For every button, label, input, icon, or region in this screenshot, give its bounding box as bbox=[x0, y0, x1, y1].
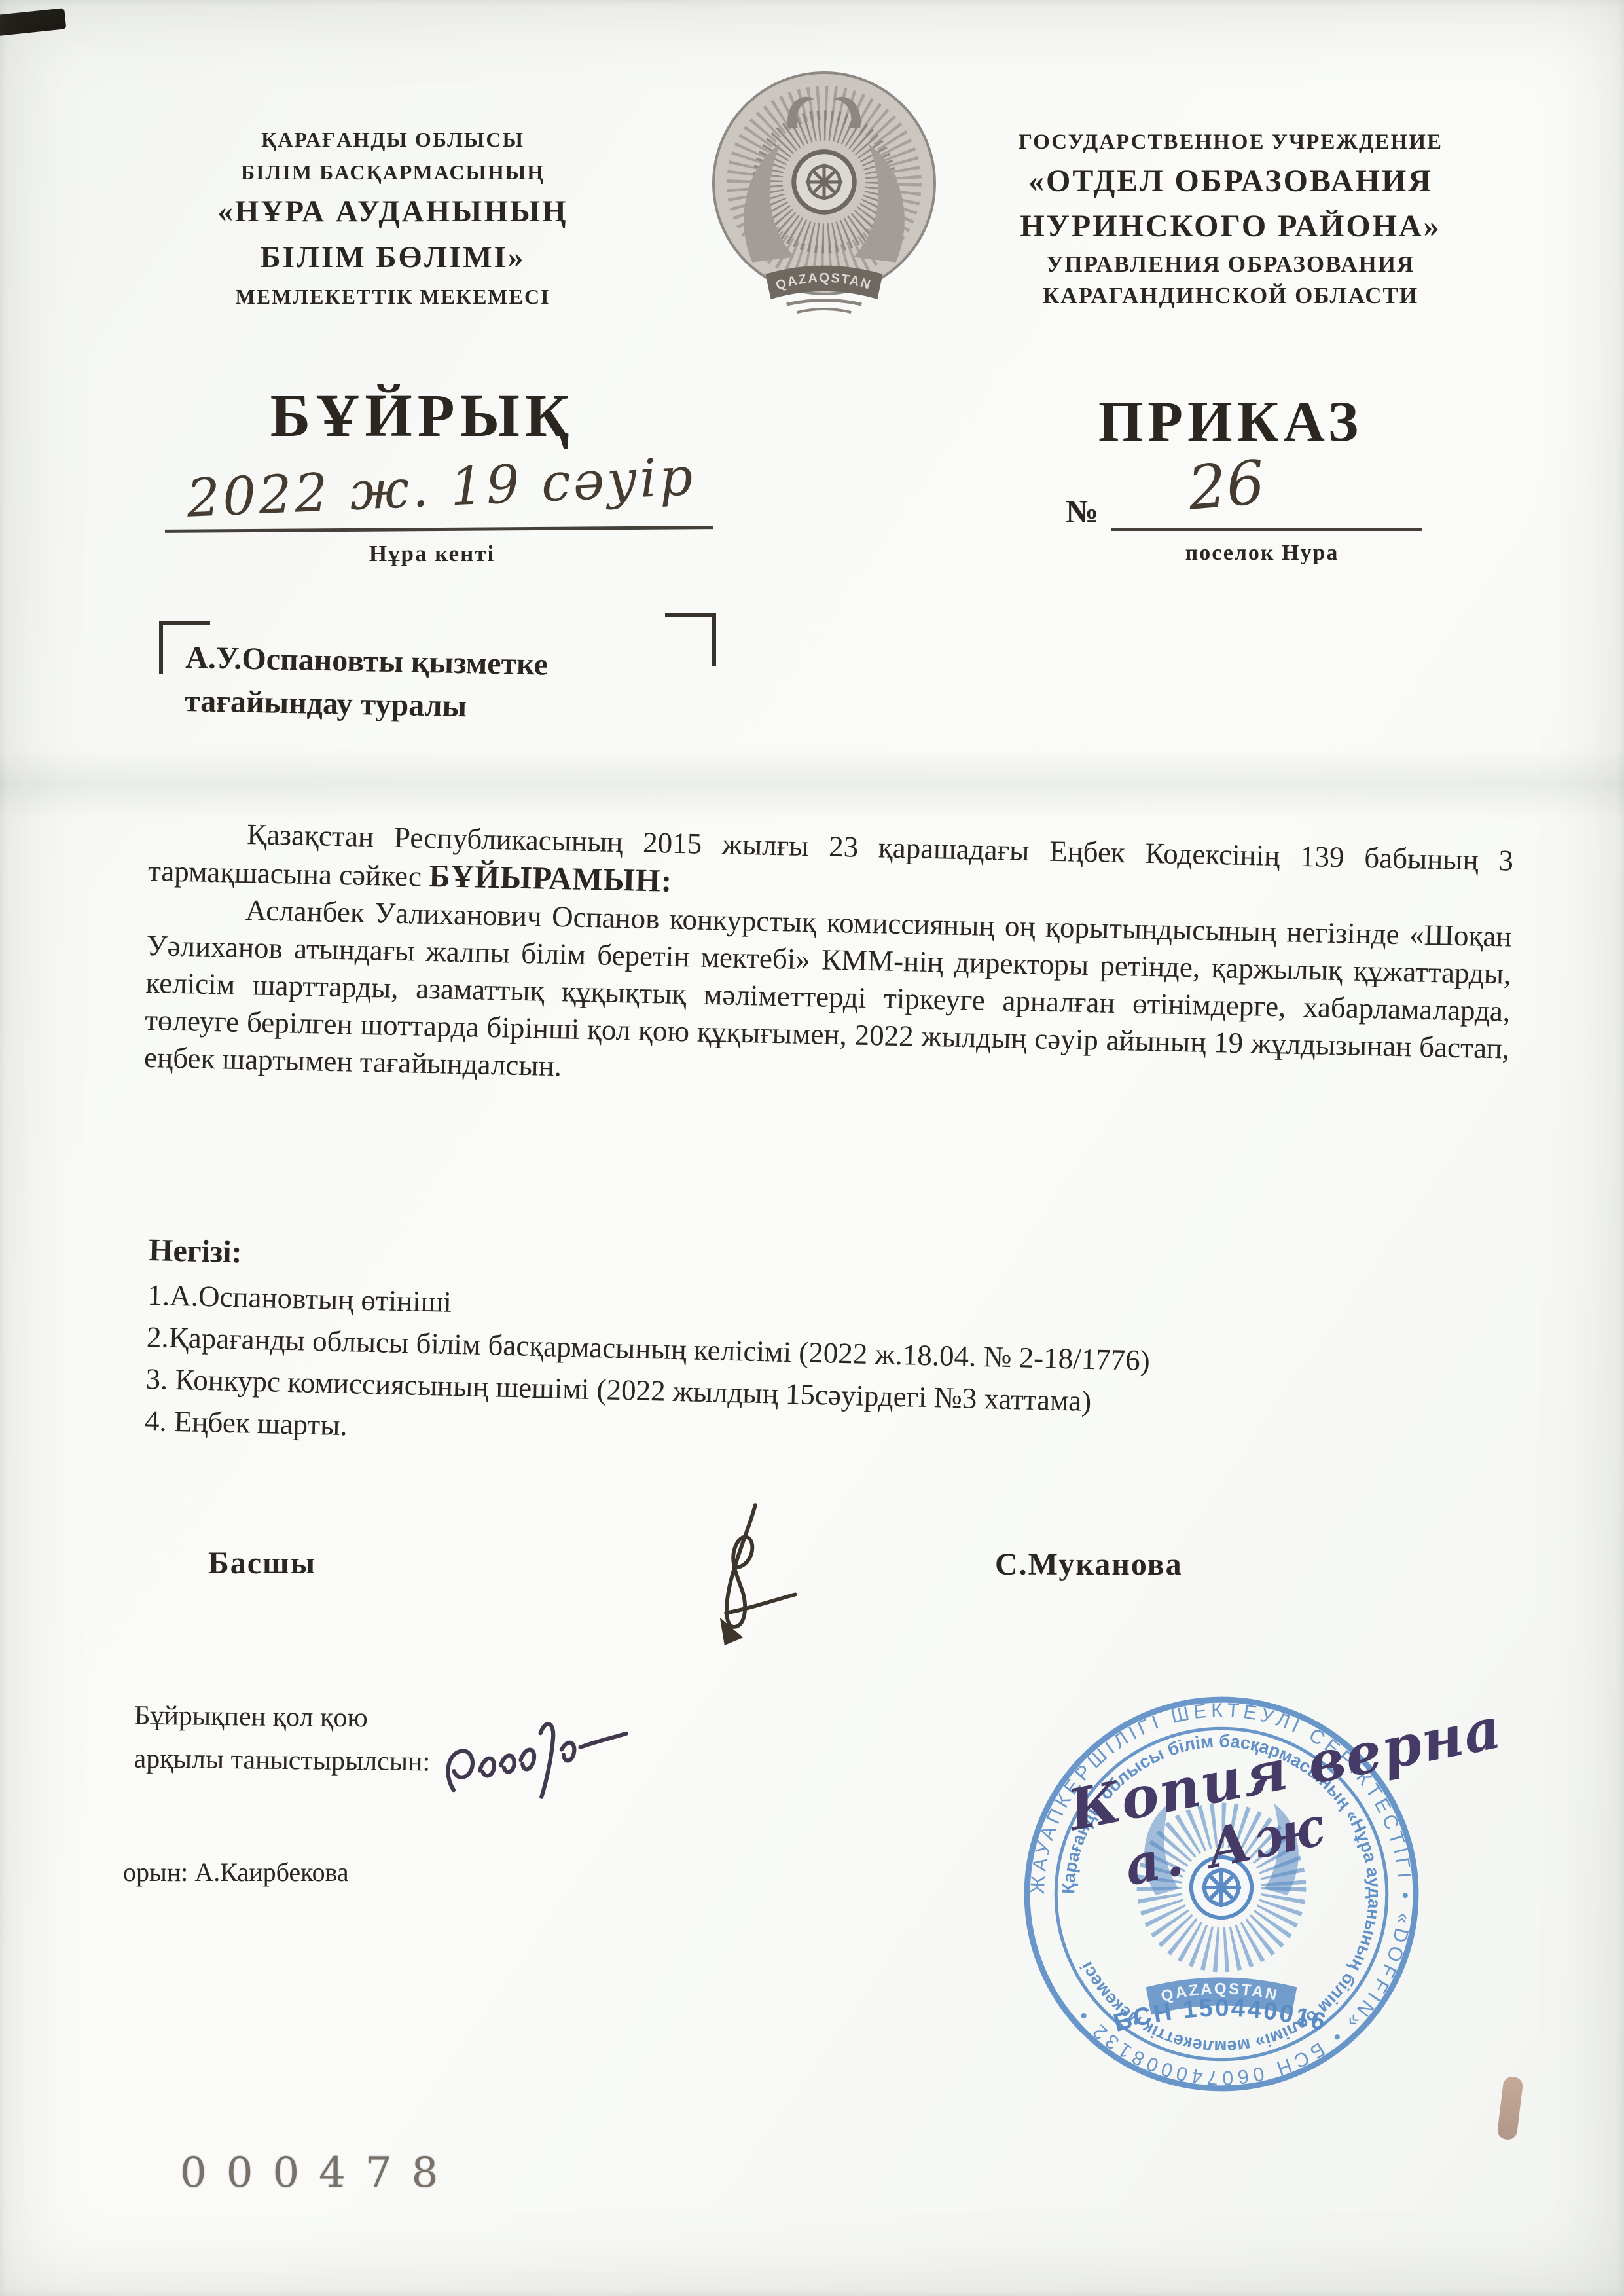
org-left-line: БІЛІМ БӨЛІМІ» bbox=[111, 234, 674, 280]
scanned-order-document: ҚАРАҒАНДЫ ОБЛЫСЫ БІЛІМ БАСҚАРМАСЫНЫҢ «НҰ… bbox=[0, 0, 1624, 2296]
place-kazakh: Нұра кенті bbox=[275, 541, 589, 567]
form-serial-number: 000478 bbox=[180, 2149, 458, 2197]
handwritten-number: 26 bbox=[1185, 447, 1268, 524]
org-left-line: ҚАРАҒАНДЫ ОБЛЫСЫ bbox=[111, 123, 674, 156]
scan-artifact-corner bbox=[0, 8, 66, 37]
org-name-kazakh: ҚАРАҒАНДЫ ОБЛЫСЫ БІЛІМ БАСҚАРМАСЫНЫҢ «НҰ… bbox=[111, 123, 674, 313]
deputy-line: орын: А.Каирбекова bbox=[123, 1857, 349, 1887]
kazakhstan-emblem-icon: QAZAQSTAN bbox=[709, 64, 939, 316]
acknowledgement-note: Бұйрықпен қол қою арқылы таныстырылсын: bbox=[134, 1694, 431, 1784]
org-right-line: ГОСУДАРСТВЕННОЕ УЧРЕЖДЕНИЕ bbox=[929, 126, 1532, 158]
org-right-line: КАРАГАНДИНСКОЙ ОБЛАСТИ bbox=[929, 280, 1532, 312]
handwritten-date: 2022 ж. 19 сәуір bbox=[185, 446, 696, 529]
org-name-russian: ГОСУДАРСТВЕННОЕ УЧРЕЖДЕНИЕ «ОТДЕЛ ОБРАЗО… bbox=[929, 126, 1532, 312]
approver-name: С.Муканова bbox=[995, 1546, 1183, 1582]
org-right-line: НУРИНСКОГО РАЙОНА» bbox=[929, 204, 1532, 249]
order-command-word: БҰЙЫРАМЫН: bbox=[429, 858, 673, 899]
number-underline bbox=[1111, 528, 1422, 531]
acknowledgement-line: Бұйрықпен қол қою bbox=[134, 1694, 431, 1741]
basis-section: Негізі: 1.А.Оспановтың өтініші 2.Қараған… bbox=[144, 1230, 1530, 1474]
org-right-line: «ОТДЕЛ ОБРАЗОВАНИЯ bbox=[929, 158, 1532, 204]
body-paragraph-2: Асланбек Уалиханович Оспанов конкурстық … bbox=[144, 890, 1513, 1105]
org-left-line: БІЛІМ БАСҚАРМАСЫНЫҢ bbox=[111, 156, 674, 189]
order-subject: А.У.Оспановты қызметке тағайындау туралы bbox=[184, 636, 722, 733]
paper-crease bbox=[0, 748, 1624, 820]
order-title-kazakh: БҰЙРЫҚ bbox=[164, 381, 681, 451]
order-body: Қазақстан Республикасының 2015 жылғы 23 … bbox=[144, 814, 1514, 1105]
date-underline bbox=[165, 526, 713, 533]
director-signature bbox=[677, 1496, 808, 1650]
scan-artifact-smudge bbox=[1496, 2076, 1523, 2141]
org-left-line: МЕМЛЕКЕТТІК МЕКЕМЕСІ bbox=[111, 280, 674, 313]
employee-signature bbox=[431, 1696, 659, 1826]
place-russian: поселок Нура bbox=[1105, 541, 1419, 566]
body-paragraph-1-text: Қазақстан Республикасының 2015 жылғы 23 … bbox=[148, 818, 1514, 893]
approver-role: Басшы bbox=[208, 1545, 316, 1581]
org-left-line: «НҰРА АУДАНЫНЫҢ bbox=[111, 189, 674, 234]
order-title-russian: ПРИКАЗ bbox=[1018, 389, 1443, 455]
number-sign: № bbox=[1066, 492, 1098, 530]
acknowledgement-line: арқылы таныстырылсын: bbox=[134, 1738, 430, 1784]
org-right-line: УПРАВЛЕНИЯ ОБРАЗОВАНИЯ bbox=[929, 249, 1532, 280]
